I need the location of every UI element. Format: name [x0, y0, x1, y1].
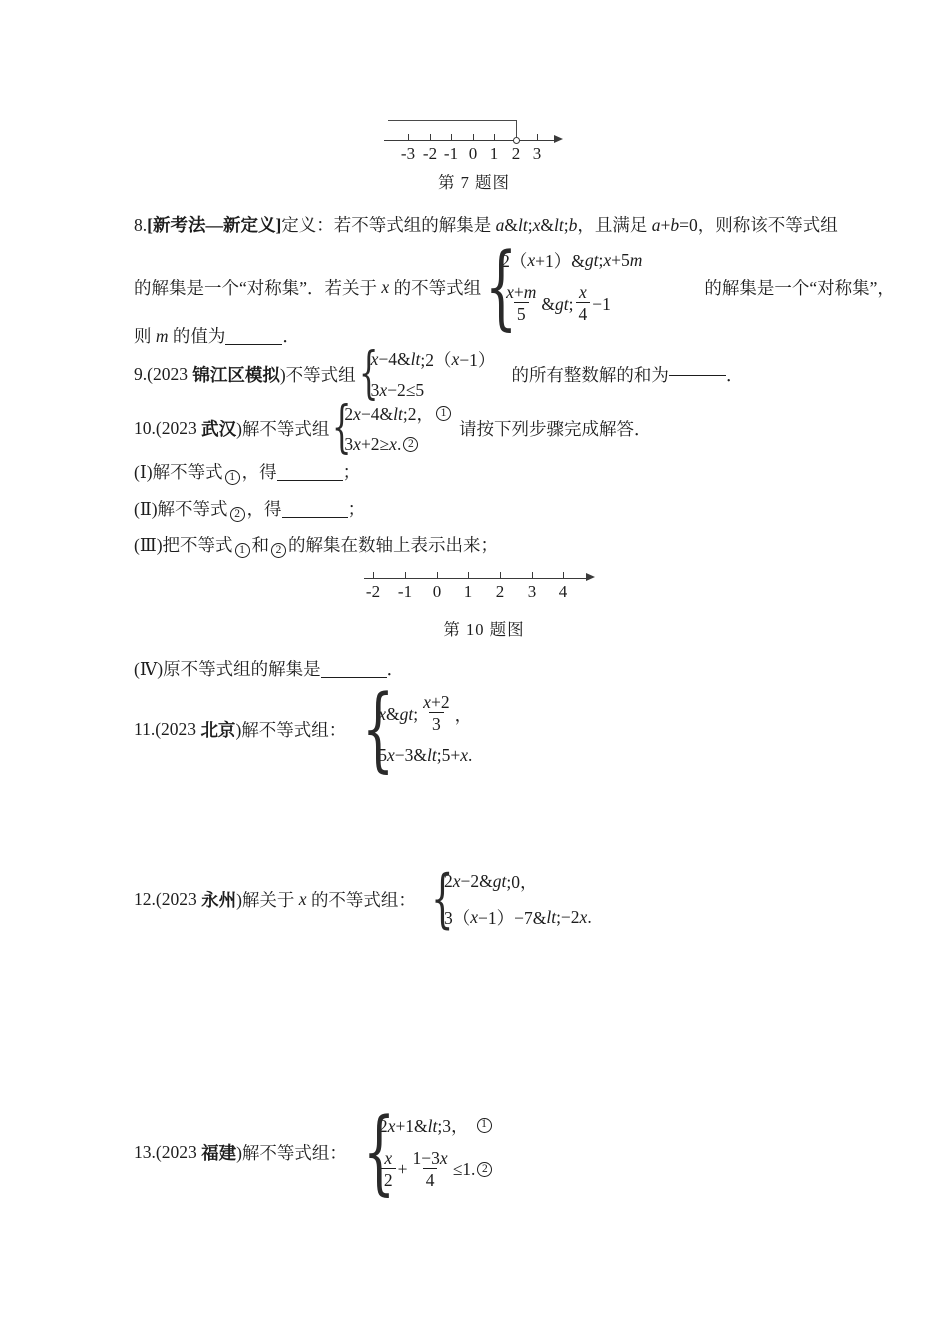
problem-12: 12.(2023 永州)解关于 x 的不等式组： { 2x−2&gt;0， 3（…: [134, 868, 592, 930]
text-run: 的值为: [169, 326, 226, 346]
tick-label: -2: [419, 144, 441, 164]
tick-mark: [500, 572, 501, 578]
circled-number-icon: 1: [235, 543, 250, 558]
answer-blank: [669, 372, 726, 376]
left-brace-icon: {: [485, 241, 495, 333]
tick-label: 4: [552, 582, 574, 602]
tick-mark: [494, 134, 495, 140]
text-run: 请按下列步骤完成解答．: [459, 416, 652, 441]
figure-problem7-numberline: -3 -2 -1 0 1 2 3: [384, 110, 574, 164]
inequality-1: 2x+1&lt;3，1: [379, 1113, 494, 1138]
arrowhead-icon: [586, 573, 595, 581]
problem-number: 13.(2023: [134, 1142, 201, 1163]
text-run: )不等式组: [280, 362, 356, 387]
left-brace-icon: {: [431, 867, 439, 931]
tick-mark: [408, 134, 409, 140]
text-run: 的所有整数解的和为: [511, 362, 669, 387]
figure-problem10-numberline: -2 -1 0 1 2 3 4: [364, 558, 614, 608]
inequality-1: 2（x+1）&gt;x+5m: [501, 248, 642, 273]
open-point-icon: [513, 137, 520, 144]
text-run: ，则称该不等式组: [698, 215, 838, 235]
problem-11: 11.(2023 北京)解不等式组： { x&gt;x+23， 5x−3&lt;…: [134, 688, 472, 770]
inequality-2: x2+1−3x4≤1.2: [379, 1148, 495, 1192]
tick-label: -3: [397, 144, 419, 164]
source-label: 北京: [200, 717, 235, 742]
tick-label: 3: [526, 144, 548, 164]
tick-mark: [430, 134, 431, 140]
formula: x: [299, 889, 307, 910]
answer-blank: [277, 477, 343, 481]
circled-number-icon: 2: [477, 1162, 492, 1177]
inequality-system: { 2x−4&lt;2，1 3x+2≥x.2: [329, 400, 453, 456]
answer-blank: [225, 341, 282, 345]
circled-number-icon: 1: [225, 470, 240, 485]
left-brace-icon: {: [363, 1106, 373, 1198]
text-run: )解关于: [236, 887, 299, 912]
text-run: ；: [348, 499, 366, 519]
arrowhead-icon: [554, 135, 563, 143]
text-run: )解不等式组：: [235, 717, 346, 742]
tick-label: 2: [505, 144, 527, 164]
inequality-system: { 2（x+1）&gt;x+5m x+m5&gt;x4−1: [481, 241, 642, 333]
formula: m: [156, 326, 169, 346]
tick-label: 3: [521, 582, 543, 602]
formula: a+b=0: [652, 215, 698, 235]
tick-label: 1: [483, 144, 505, 164]
circled-number-icon: 1: [436, 406, 451, 421]
text-run: (Ⅳ)原不等式组的解集是: [134, 659, 321, 679]
fraction: x+23: [420, 692, 452, 736]
left-brace-icon: {: [362, 683, 372, 775]
tick-mark: [532, 572, 533, 578]
text-run: 的不等式组: [389, 275, 481, 300]
problem-8-line2: 的解集是一个“对称集”．若关于 x 的不等式组 { 2（x+1）&gt;x+5m…: [134, 246, 895, 328]
text-run: ，且满足: [577, 215, 651, 235]
problem-10-step2: (Ⅱ)解不等式2，得；: [134, 498, 365, 522]
text-run: ；: [343, 462, 361, 482]
text-run: 的解集是一个“对称集”，: [704, 275, 895, 300]
problem-10-step1: (Ⅰ)解不等式1，得；: [134, 461, 360, 485]
text-run: 则: [134, 326, 156, 346]
left-brace-icon: {: [359, 346, 366, 402]
tick-mark: [373, 572, 374, 578]
circled-number-icon: 1: [477, 1118, 492, 1133]
source-label: 武汉: [201, 416, 236, 441]
text-run: ，得: [242, 462, 277, 482]
number-line-axis: [364, 578, 588, 579]
circled-number-icon: 2: [230, 507, 245, 522]
tick-label: -1: [394, 582, 416, 602]
tick-mark: [451, 134, 452, 140]
text-run: (Ⅰ)解不等式: [134, 462, 223, 482]
inequality-system: { x&gt;x+23， 5x−3&lt;5+x.: [358, 683, 472, 775]
figure10-caption: 第 10 题图: [364, 616, 604, 640]
inequality-system: { x−4&lt;2（x−1） 3x−2≤5: [356, 346, 496, 402]
solution-segment-drop: [516, 120, 517, 137]
solution-segment-line: [388, 120, 516, 121]
text-run: 和: [252, 535, 270, 555]
problem-number: 8.: [134, 215, 147, 235]
problem-13: 13.(2023 福建)解不等式组： { 2x+1&lt;3，1 x2+1−3x…: [134, 1108, 494, 1196]
text-run: ．: [282, 326, 300, 346]
problem-10: 10.(2023 武汉)解不等式组 { 2x−4&lt;2，1 3x+2≥x.2…: [134, 400, 652, 456]
formula: x: [381, 277, 389, 298]
source-label: 永州: [201, 887, 236, 912]
inequality-system: { 2x+1&lt;3，1 x2+1−3x4≤1.2: [359, 1106, 495, 1198]
tick-mark: [563, 572, 564, 578]
inequality-2: 3x−2≤5: [371, 380, 425, 401]
circled-number-icon: 2: [403, 437, 418, 452]
source-label: 福建: [201, 1140, 236, 1165]
problem-number: 10.(2023: [134, 418, 201, 439]
tick-label: -1: [440, 144, 462, 164]
tick-label: 1: [457, 582, 479, 602]
tick-mark: [537, 134, 538, 140]
text-run: (Ⅲ)把不等式: [134, 535, 233, 555]
text-run: )解不等式组：: [236, 1140, 347, 1165]
left-brace-icon: {: [332, 400, 339, 456]
text-run: 定义：若不等式组的解集是: [281, 215, 495, 235]
number-line-axis: [384, 140, 556, 141]
inequality-1: x−4&lt;2（x−1）: [371, 347, 496, 372]
problem-tag: [新考法—新定义]: [147, 215, 281, 235]
tick-label: 0: [462, 144, 484, 164]
problem-number: 12.(2023: [134, 889, 201, 910]
tick-label: 2: [489, 582, 511, 602]
problem-number: 11.(2023: [134, 719, 200, 740]
circled-number-icon: 2: [271, 543, 286, 558]
text-run: ，得: [247, 499, 282, 519]
tick-mark: [473, 134, 474, 140]
figure7-caption: 第 7 题图: [384, 169, 564, 193]
inequality-2: 3（x−1）−7&lt;−2x.: [444, 905, 592, 930]
text-run: )解不等式组: [236, 416, 329, 441]
problem-9: 9.(2023 锦江区模拟)不等式组 { x−4&lt;2（x−1） 3x−2≤…: [134, 346, 743, 402]
inequality-1: 2x−2&gt;0，: [444, 869, 538, 894]
tick-mark: [468, 572, 469, 578]
inequality-2: 3x+2≥x.2: [344, 434, 420, 455]
text-run: (Ⅱ)解不等式: [134, 499, 228, 519]
problem-number: 9.(2023: [134, 364, 192, 385]
text-run: 的解集是一个“对称集”．若关于: [134, 275, 381, 300]
inequality-1: 2x−4&lt;2，1: [344, 401, 453, 426]
text-run: ．: [726, 362, 744, 387]
fraction: x4: [576, 282, 591, 326]
inequality-2: x+m5&gt;x4−1: [501, 282, 611, 326]
answer-blank: [282, 514, 348, 518]
inequality-system: { 2x−2&gt;0， 3（x−1）−7&lt;−2x.: [428, 867, 592, 931]
tick-label: -2: [362, 582, 384, 602]
source-label: 锦江区模拟: [192, 362, 280, 387]
formula: a&lt;x&lt;b: [496, 215, 578, 235]
tick-mark: [405, 572, 406, 578]
text-run: 的不等式组：: [307, 887, 416, 912]
fraction: 1−3x4: [410, 1148, 451, 1192]
worksheet-page: -3 -2 -1 0 1 2 3 第 7 题图 8.[新考法—新定义]定义：若不…: [0, 0, 950, 1344]
problem-10-step3: (Ⅲ)把不等式1和2的解集在数轴上表示出来；: [134, 534, 498, 558]
tick-mark: [437, 572, 438, 578]
text-run: 的解集在数轴上表示出来；: [288, 535, 498, 555]
tick-label: 0: [426, 582, 448, 602]
